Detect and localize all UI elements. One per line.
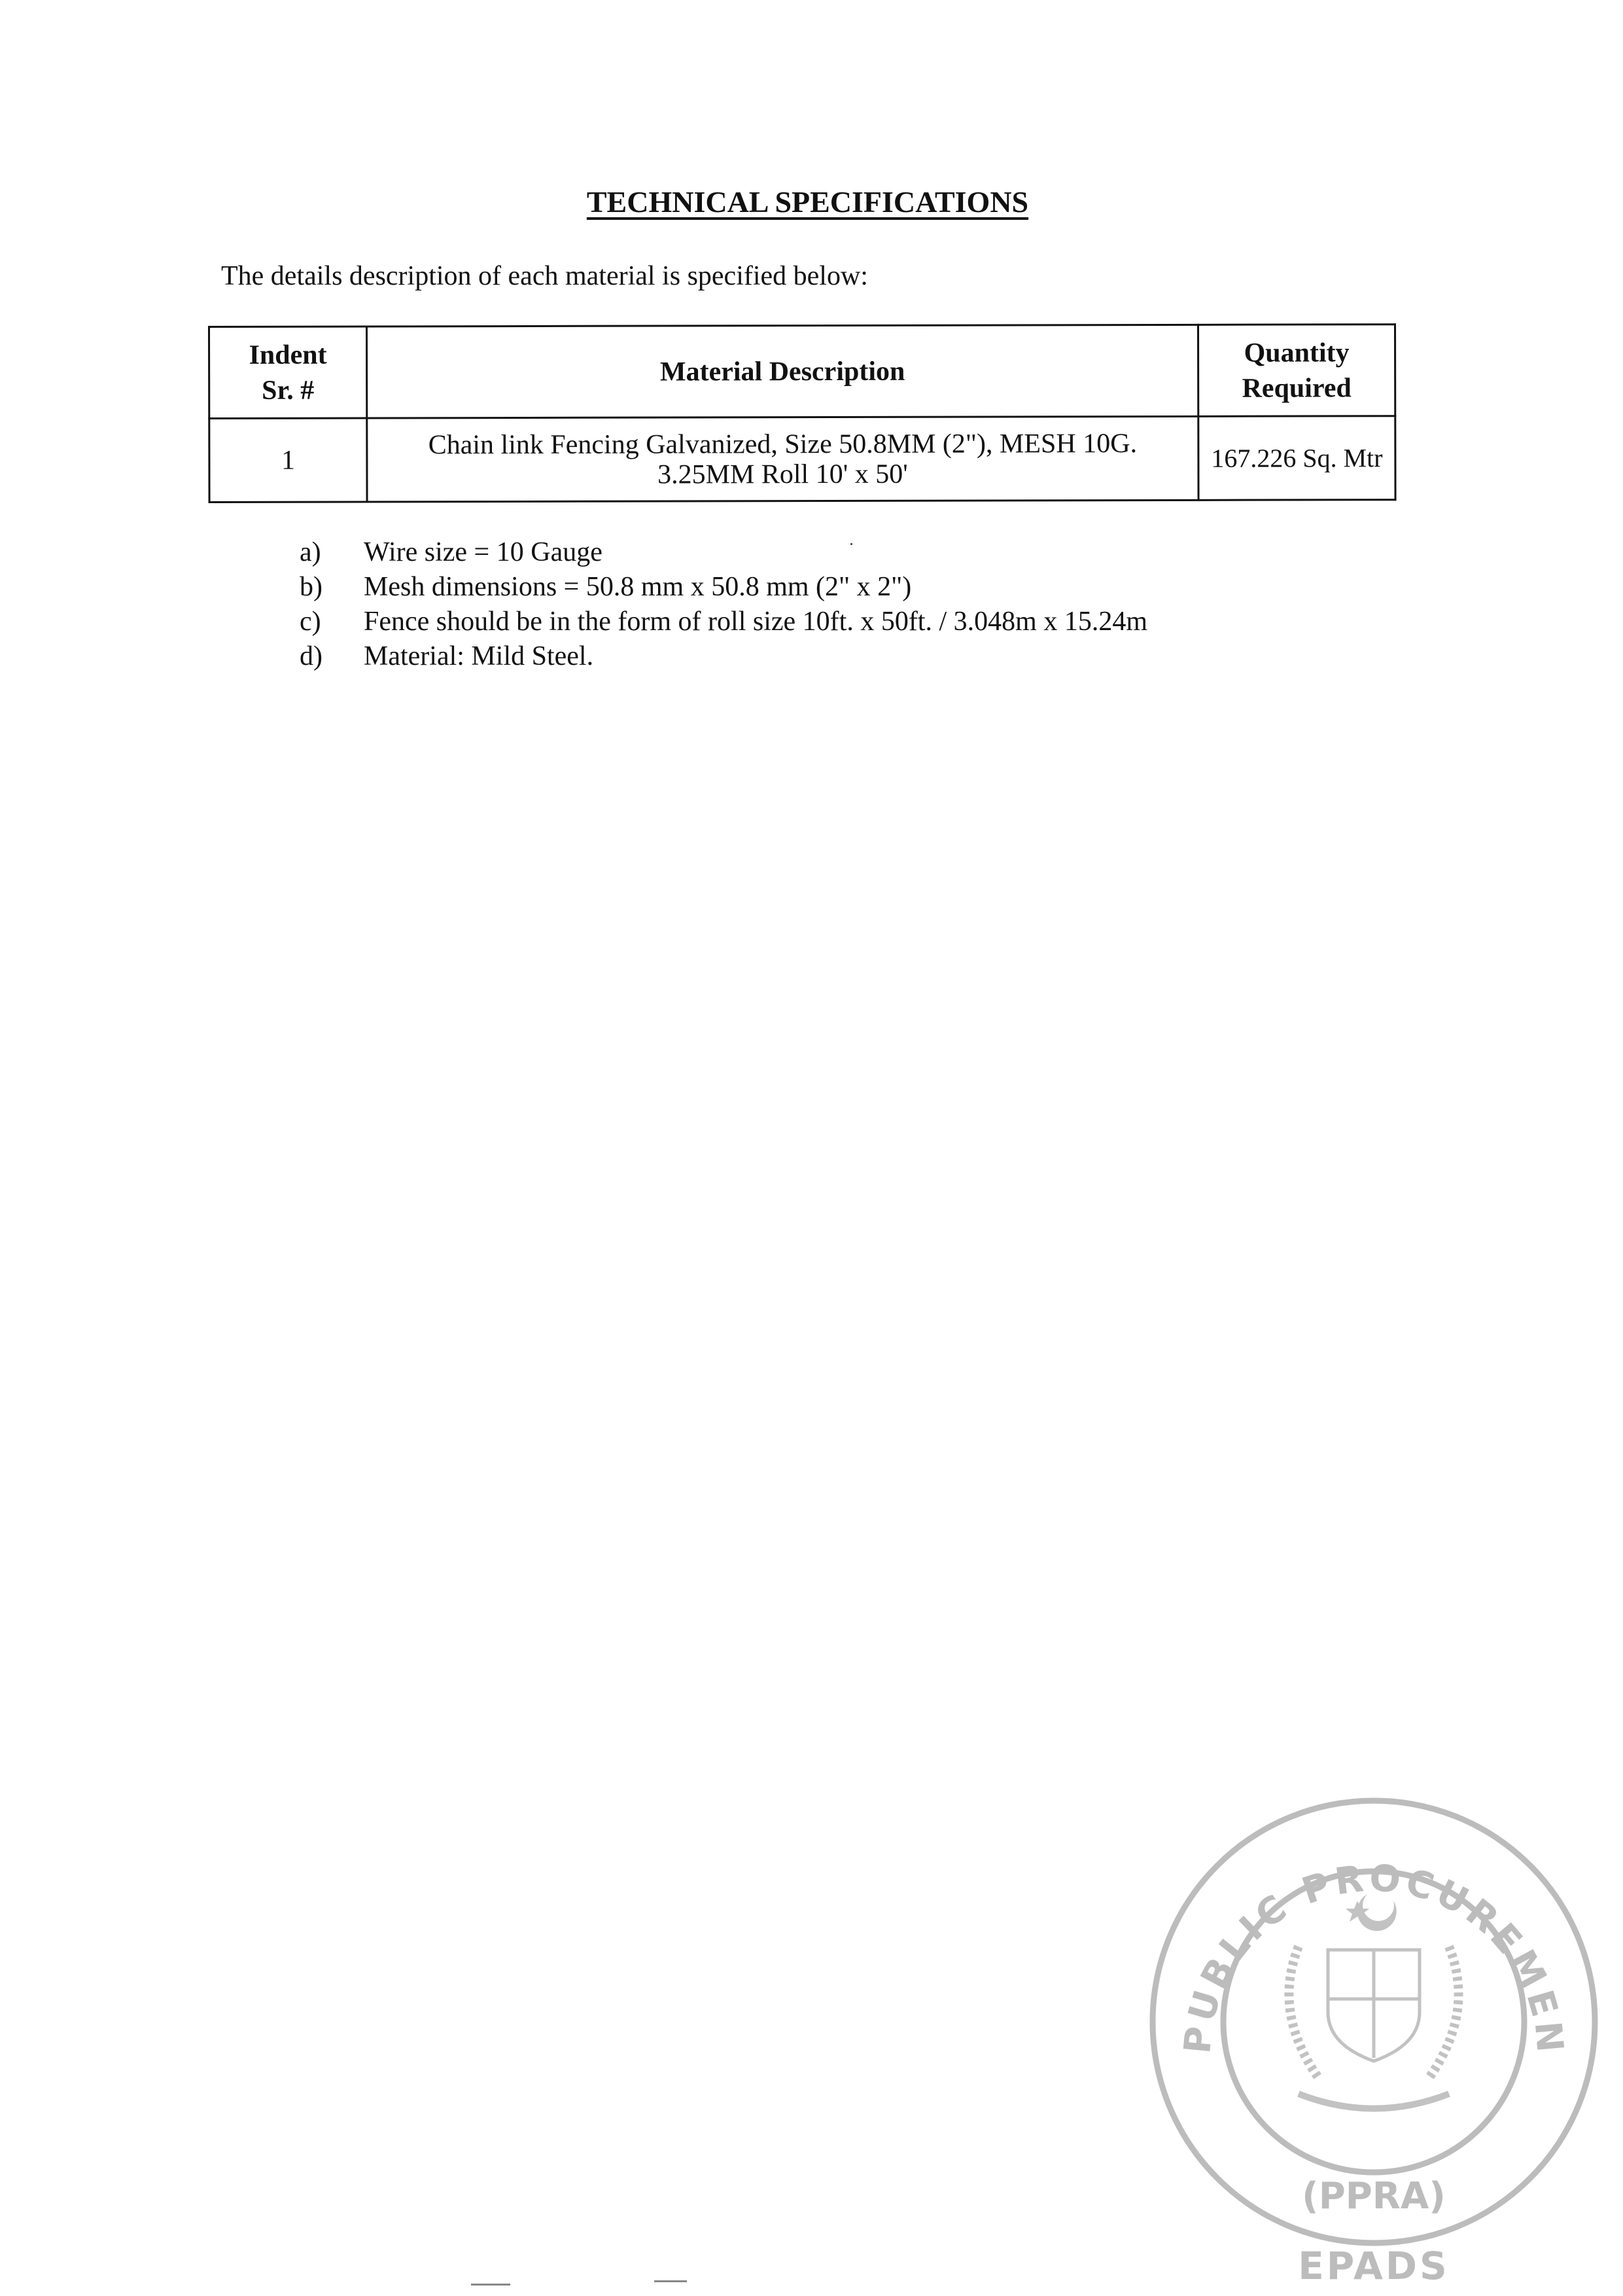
list-marker: c)	[300, 605, 364, 639]
scan-speck	[850, 543, 852, 545]
list-marker: d)	[300, 639, 364, 674]
cell-sr: 1	[209, 418, 367, 503]
header-indent-line1: Indent	[210, 337, 366, 372]
cell-description: Chain link Fencing Galvanized, Size 50.8…	[367, 416, 1198, 502]
header-material-label: Material Description	[368, 353, 1197, 390]
list-item: b)Mesh dimensions = 50.8 mm x 50.8 mm (2…	[300, 570, 1147, 605]
list-item: c)Fence should be in the form of roll si…	[300, 605, 1147, 639]
list-text: Material: Mild Steel.	[364, 639, 593, 674]
header-quantity: Quantity Required	[1198, 325, 1395, 417]
page-title: TECHNICAL SPECIFICATIONS	[0, 185, 1619, 219]
list-item: a)Wire size = 10 Gauge	[300, 535, 1147, 570]
header-indent: Indent Sr. #	[209, 327, 367, 419]
table-header-row: Indent Sr. # Material Description Quanti…	[209, 325, 1395, 419]
scan-speck	[654, 2280, 687, 2282]
ppra-stamp: PUBLIC PROCUREMENT REGULATORY AUTHORITY …	[1148, 1796, 1599, 2293]
list-item: d)Material: Mild Steel.	[300, 639, 1147, 674]
description-line2: 3.25MM Roll 10' x 50'	[368, 458, 1197, 490]
material-table: Indent Sr. # Material Description Quanti…	[208, 323, 1397, 503]
list-text: Fence should be in the form of roll size…	[364, 605, 1147, 639]
table-row: 1 Chain link Fencing Galvanized, Size 50…	[209, 416, 1395, 503]
stamp-footer: EPADS	[1298, 2244, 1450, 2288]
list-marker: b)	[300, 570, 364, 605]
specification-list: a)Wire size = 10 Gauge b)Mesh dimensions…	[300, 535, 1147, 674]
header-quantity-line2: Required	[1199, 370, 1394, 406]
stamp-ring-text: PUBLIC PROCUREMENT REGULATORY AUTHORITY	[1148, 1796, 1571, 2058]
ppra-seal-icon: PUBLIC PROCUREMENT REGULATORY AUTHORITY …	[1148, 1796, 1599, 2293]
svg-text:PUBLIC PROCUREMENT REGULATORY: PUBLIC PROCUREMENT REGULATORY AUTHORITY	[1148, 1796, 1571, 2058]
cell-quantity: 167.226 Sq. Mtr	[1198, 416, 1395, 501]
stamp-abbreviation: (PPRA)	[1302, 2175, 1446, 2217]
description-line1: Chain link Fencing Galvanized, Size 50.8…	[368, 428, 1197, 460]
header-quantity-line1: Quantity	[1199, 335, 1394, 371]
header-material: Material Description	[367, 325, 1198, 418]
state-emblem-icon	[1289, 1894, 1458, 2109]
list-text: Wire size = 10 Gauge	[364, 535, 602, 570]
header-indent-line2: Sr. #	[210, 372, 366, 408]
intro-text: The details description of each material…	[221, 260, 868, 292]
scan-speck	[471, 2284, 510, 2286]
list-marker: a)	[300, 535, 364, 570]
list-text: Mesh dimensions = 50.8 mm x 50.8 mm (2" …	[364, 570, 911, 605]
